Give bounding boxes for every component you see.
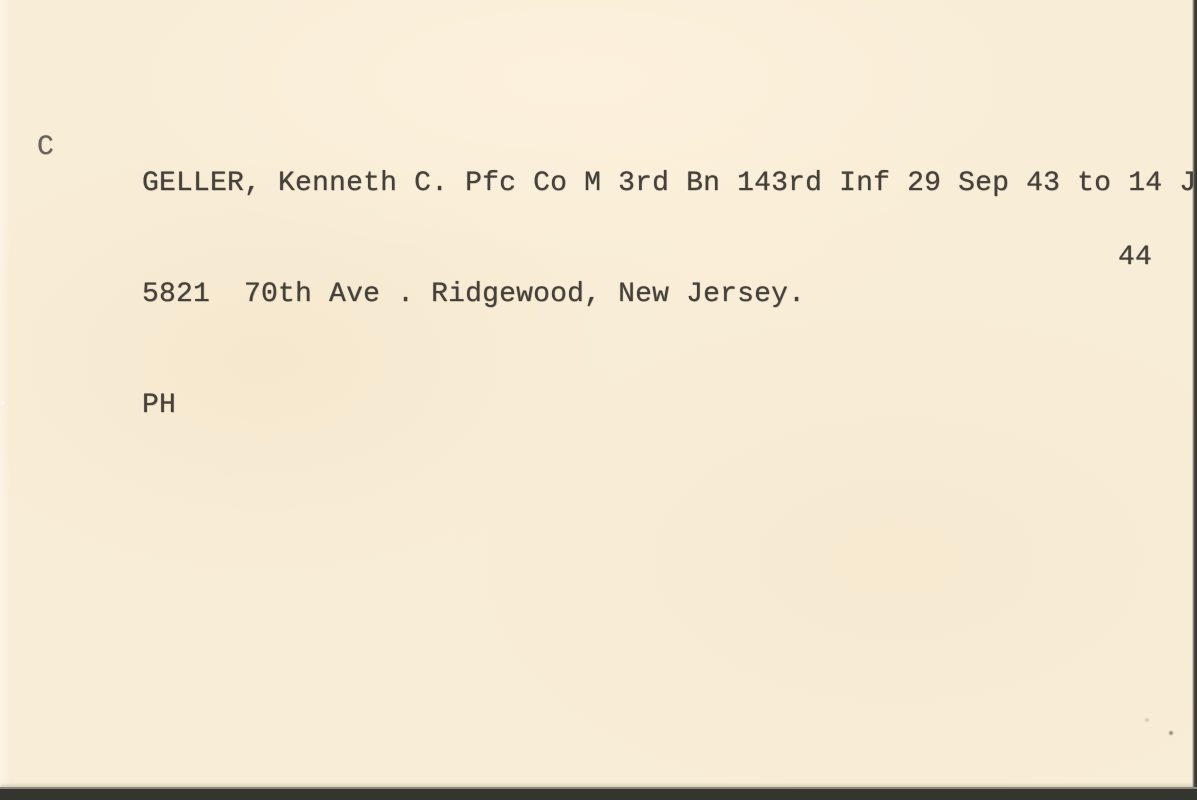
record-line-2: 5821 70th Ave . Ridgewood, New Jersey. 4… (40, 239, 1197, 276)
record-line-3: PH (40, 350, 1197, 387)
record-line-1: CGELLER, Kenneth C. Pfc Co M 3rd Bn 143r… (40, 128, 1197, 165)
date-year-fragment: 44 (1118, 239, 1152, 276)
scan-edge-bottom (0, 787, 1197, 800)
scanned-index-card: CGELLER, Kenneth C. Pfc Co M 3rd Bn 143r… (0, 0, 1197, 800)
address-text: 5821 70th Ave . Ridgewood, New Jersey. (142, 279, 805, 310)
typed-text-block: CGELLER, Kenneth C. Pfc Co M 3rd Bn 143r… (40, 54, 1197, 461)
record-line-1-text: GELLER, Kenneth C. Pfc Co M 3rd Bn 143rd… (142, 168, 1197, 199)
scan-edge-right (1192, 0, 1197, 800)
overstrike-char: C (37, 129, 54, 166)
award-abbreviation-text: PH (142, 390, 176, 421)
